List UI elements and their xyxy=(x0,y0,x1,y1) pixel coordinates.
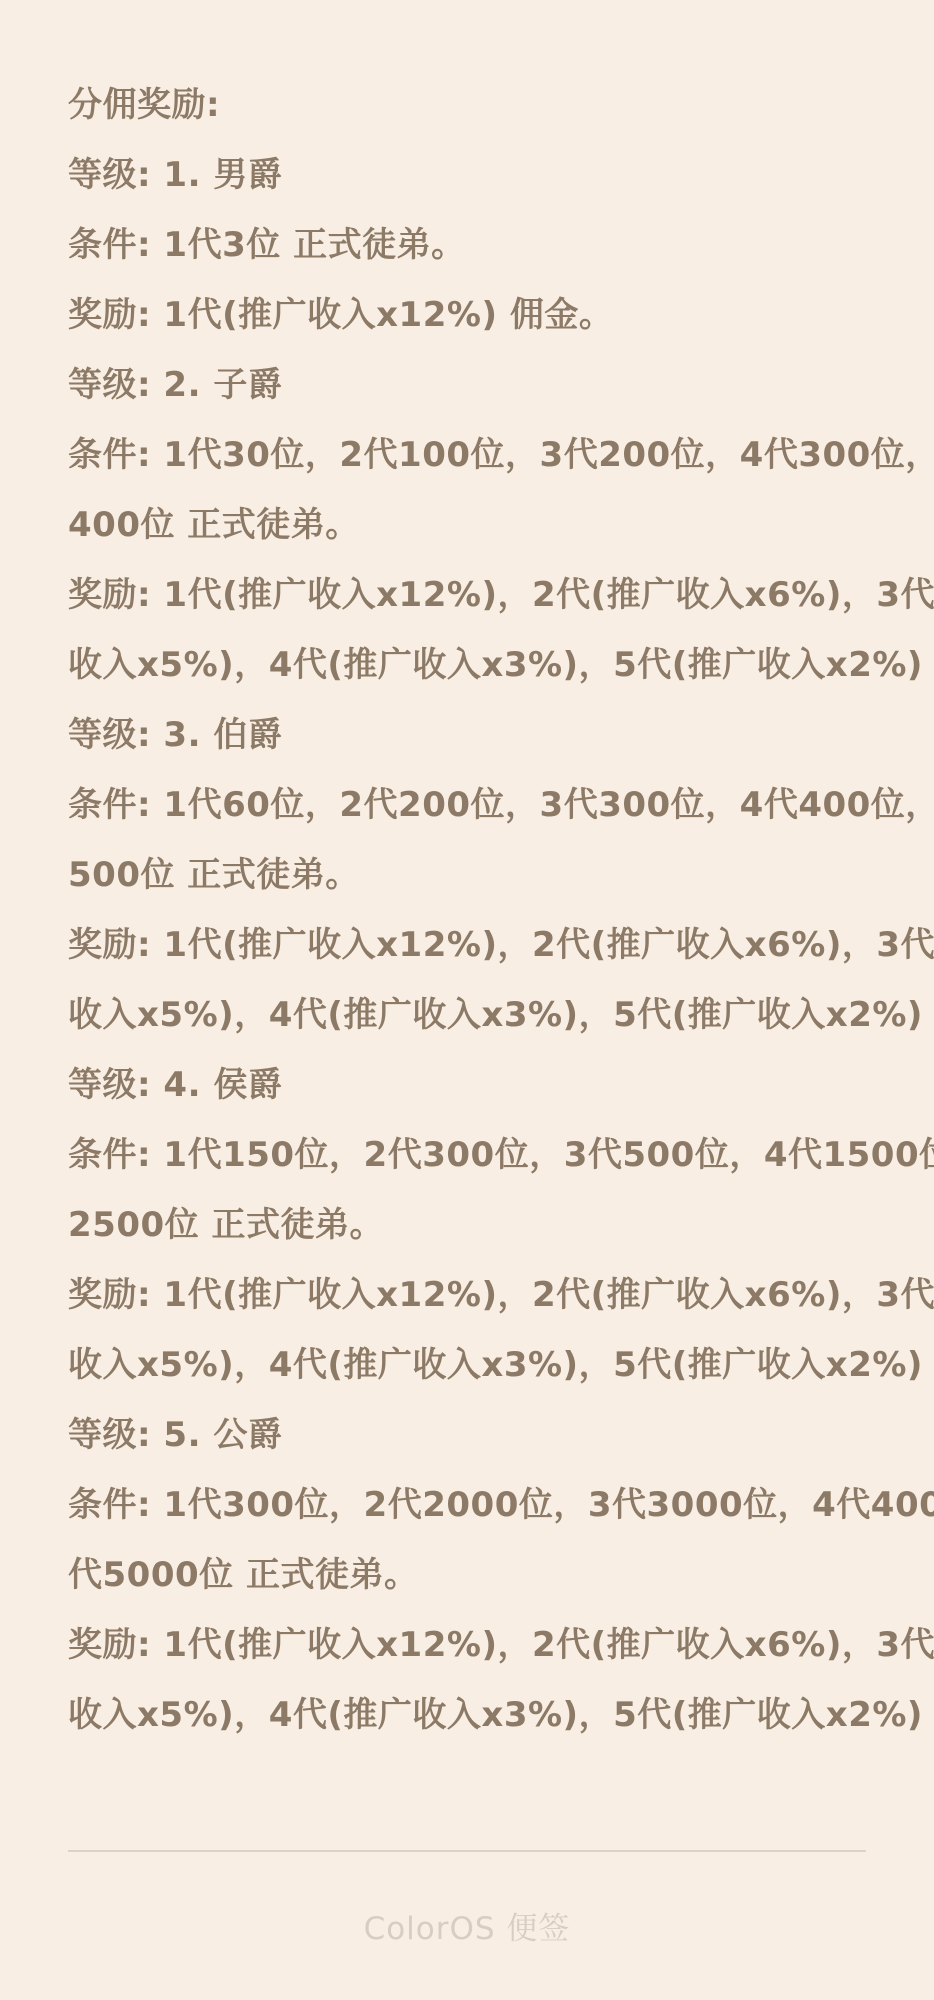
note-body: 分佣奖励: 等级: 1. 男爵 条件: 1代3位 正式徒弟。 奖励: 1代(推广… xyxy=(68,70,874,1750)
note-line: 等级: 1. 男爵 xyxy=(68,140,874,210)
note-page: { "page": { "background_color": "#f8eee3… xyxy=(0,0,934,2000)
note-line: 等级: 4. 侯爵 xyxy=(68,1050,874,1120)
coloros-watermark: ColorOS 便签 xyxy=(0,1903,934,1948)
note-line: 2500位 正式徒弟。 xyxy=(68,1190,874,1260)
note-line: 奖励: 1代(推广收入x12%) 佣金。 xyxy=(68,280,874,350)
note-line: 等级: 3. 伯爵 xyxy=(68,700,874,770)
note-line: 奖励: 1代(推广收入x12%)，2代(推广收入x6%)，3代(推广 xyxy=(68,1260,874,1330)
note-line: 条件: 1代60位，2代200位，3代300位，4代400位，5代 xyxy=(68,770,874,840)
note-line: 收入x5%)，4代(推广收入x3%)，5代(推广收入x2%) 佣金。 xyxy=(68,1330,874,1400)
note-line: 收入x5%)，4代(推广收入x3%)，5代(推广收入x2%) 佣金。 xyxy=(68,980,874,1050)
note-line: 等级: 5. 公爵 xyxy=(68,1400,874,1470)
note-line: 条件: 1代300位，2代2000位，3代3000位，4代4000位，5 xyxy=(68,1470,874,1540)
note-line: 奖励: 1代(推广收入x12%)，2代(推广收入x6%)，3代(推广 xyxy=(68,1610,874,1680)
note-line: 500位 正式徒弟。 xyxy=(68,840,874,910)
note-line: 条件: 1代150位，2代300位，3代500位，4代1500位，5代 xyxy=(68,1120,874,1190)
note-line: 收入x5%)，4代(推广收入x3%)，5代(推广收入x2%) 佣金。 xyxy=(68,1680,874,1750)
note-line: 代5000位 正式徒弟。 xyxy=(68,1540,874,1610)
note-line: 条件: 1代3位 正式徒弟。 xyxy=(68,210,874,280)
note-line: 奖励: 1代(推广收入x12%)，2代(推广收入x6%)，3代(推广 xyxy=(68,910,874,980)
note-line: 奖励: 1代(推广收入x12%)，2代(推广收入x6%)，3代(推广 xyxy=(68,560,874,630)
note-line: 等级: 2. 子爵 xyxy=(68,350,874,420)
footer-divider xyxy=(68,1850,866,1852)
note-title: 分佣奖励: xyxy=(68,70,874,140)
note-line: 收入x5%)，4代(推广收入x3%)，5代(推广收入x2%) 佣金。 xyxy=(68,630,874,700)
note-line: 400位 正式徒弟。 xyxy=(68,490,874,560)
note-line: 条件: 1代30位，2代100位，3代200位，4代300位，5代 xyxy=(68,420,874,490)
